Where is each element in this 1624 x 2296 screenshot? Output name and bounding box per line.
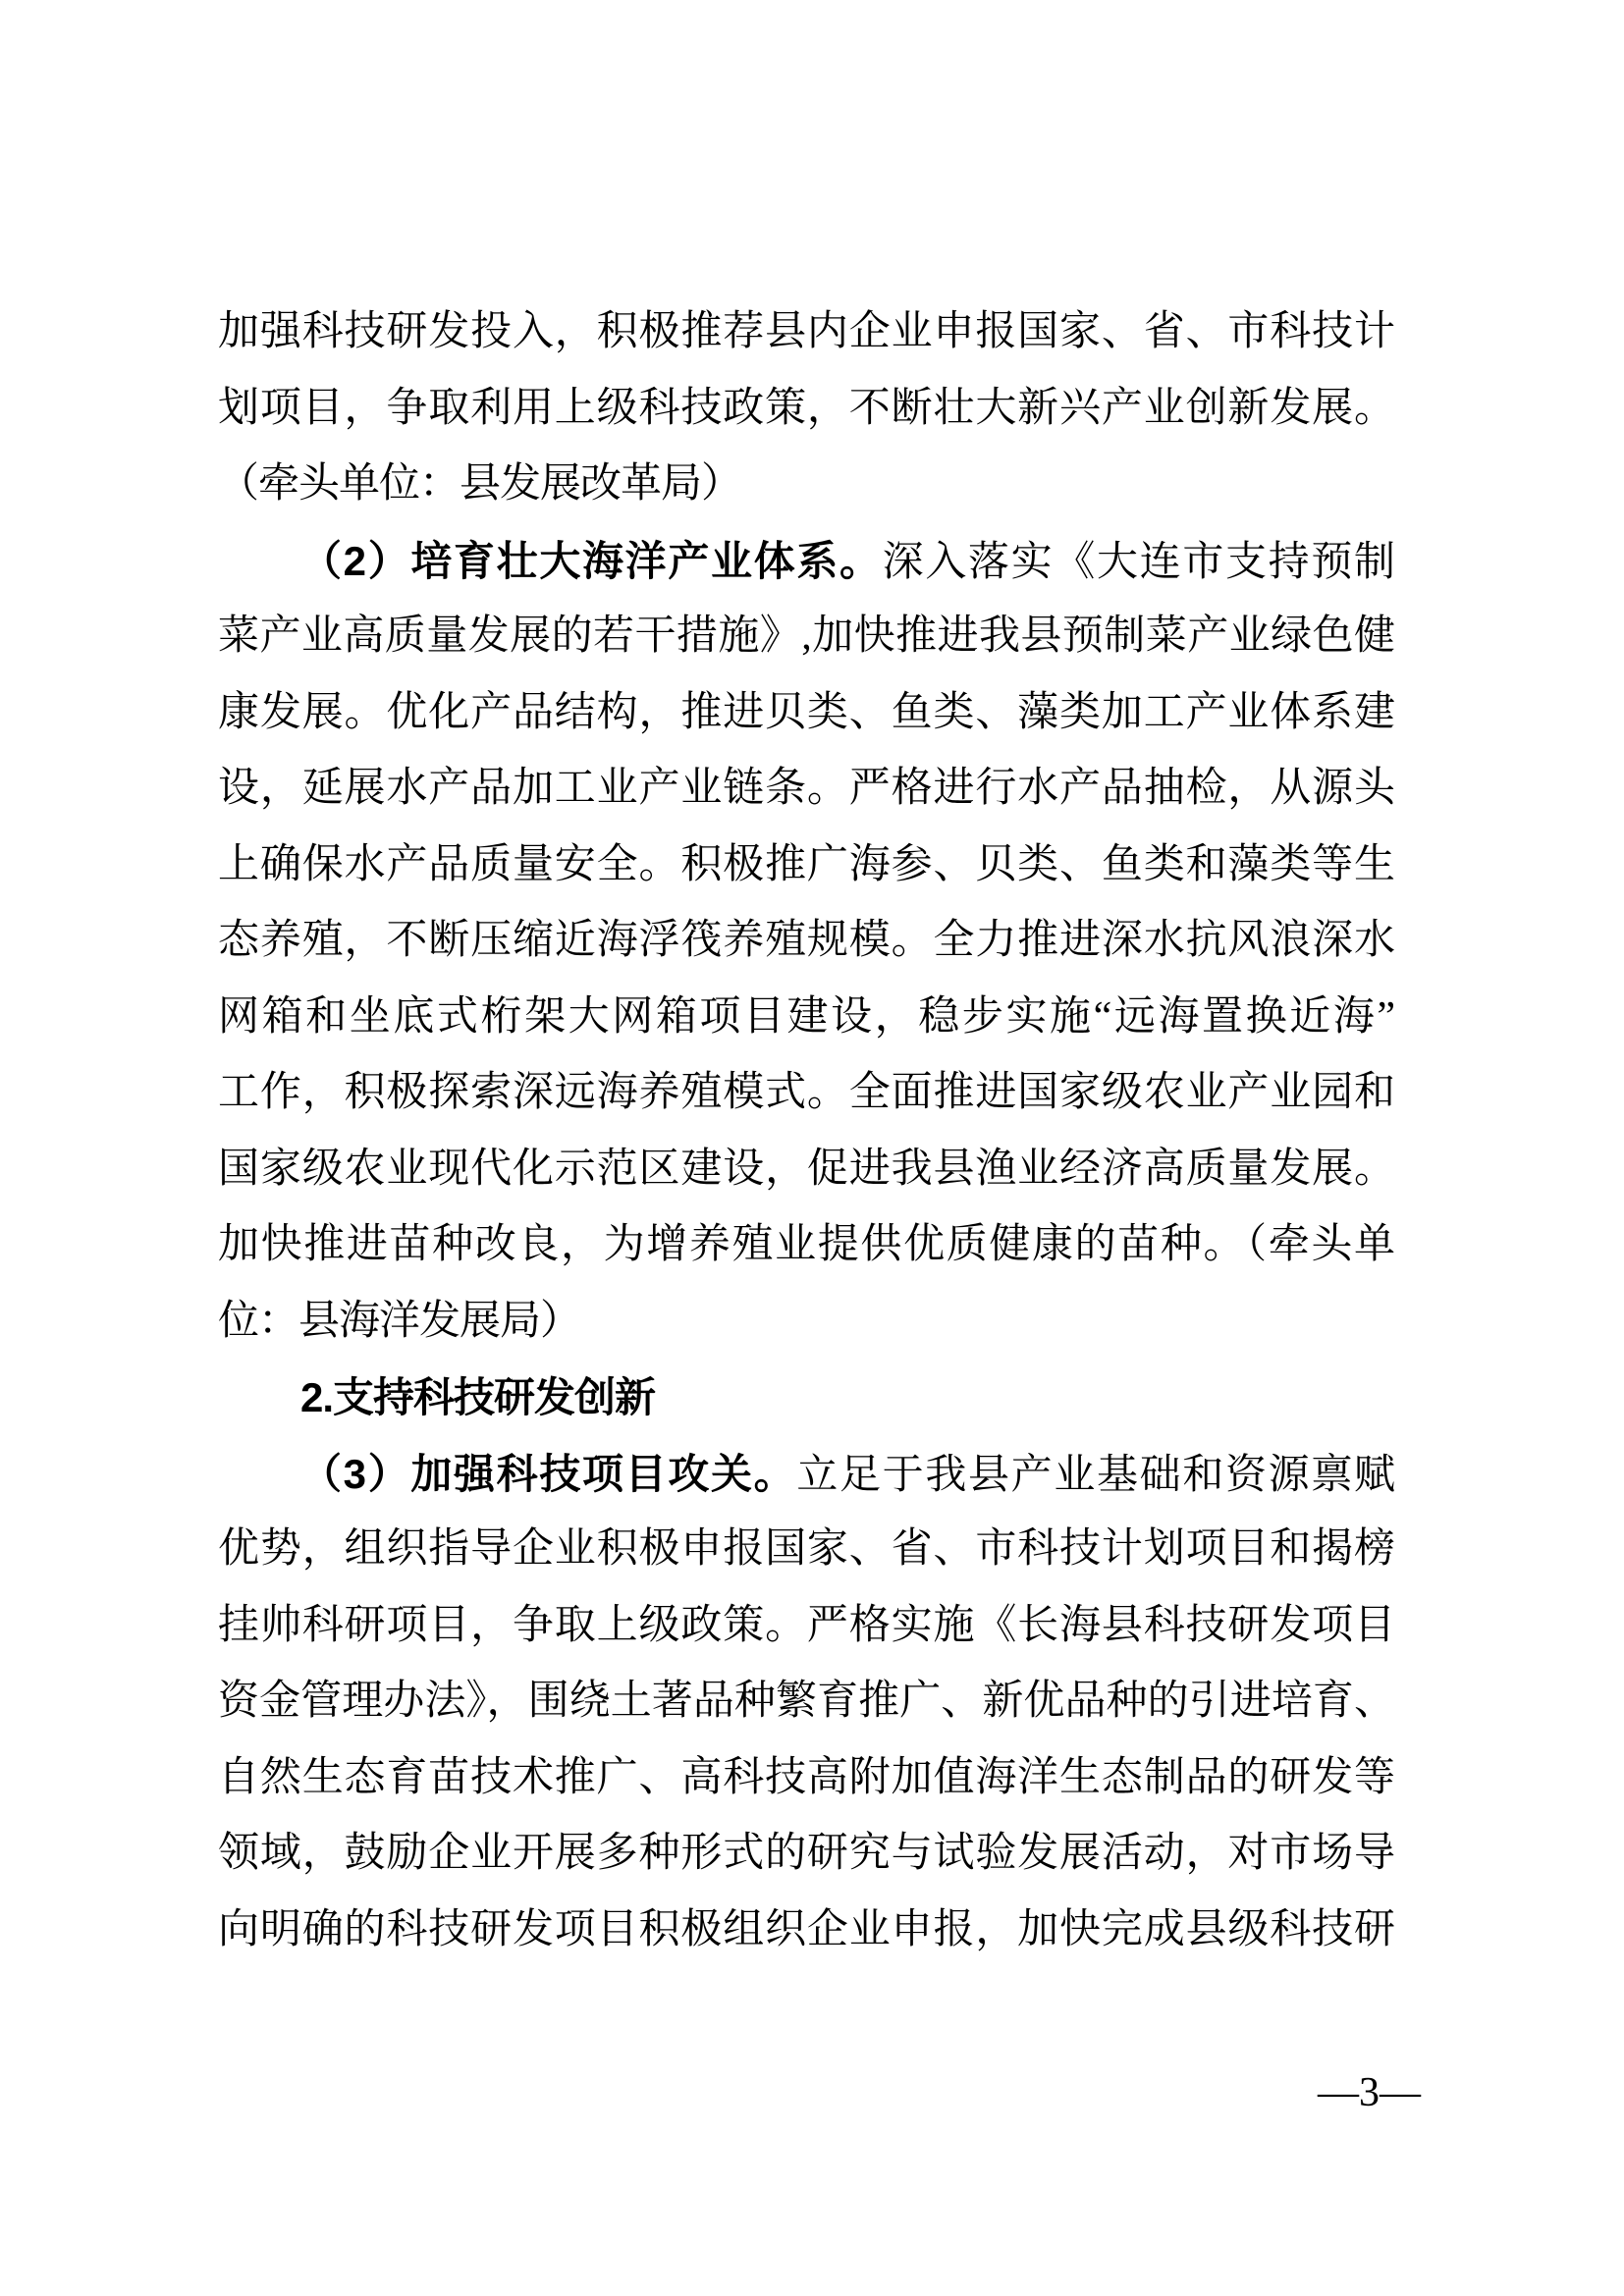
- text-segment: 加快推进苗种改良，为增养殖业提供优质健康的苗种。（牵头单: [218, 1222, 1394, 1267]
- text-segment: 位：县海洋发展局）: [218, 1299, 580, 1344]
- text-line: 加强科技研发投入，积极推荐县内企业申报国家、省、市科技计: [218, 294, 1394, 371]
- text-segment: 网箱和坐底式桁架大网箱项目建设，稳步实施“远海置换近海”: [218, 994, 1394, 1040]
- text-segment: 领域，鼓励企业开展多种形式的研究与试验发展活动，对市场导: [218, 1831, 1394, 1876]
- text-line: 向明确的科技研发项目积极组织企业申报，加快完成县级科技研: [218, 1893, 1394, 1969]
- text-segment: 态养殖，不断压缩近海浮筏养殖规模。全力推进深水抗风浪深水: [218, 918, 1394, 963]
- text-segment-bold: （3）加强科技项目攻关。: [300, 1451, 796, 1497]
- text-segment: 设，延展水产品加工业产业链条。严格进行水产品抽检，从源头: [218, 766, 1394, 811]
- paragraph-continuation-tech-investment: 加强科技研发投入，积极推荐县内企业申报国家、省、市科技计划项目，争取利用上级科技…: [218, 294, 1394, 523]
- heading-2-support-rd-innovation: 2.支持科技研发创新: [218, 1360, 1394, 1436]
- text-segment-bold: 2.支持科技研发创新: [300, 1374, 655, 1420]
- text-line: 菜产业高质量发展的若干措施》,加快推进我县预制菜产业绿色健: [218, 599, 1394, 675]
- text-segment: （牵头单位：县发展改革局）: [218, 461, 741, 507]
- text-line: 工作，积极探索深远海养殖模式。全面推进国家级农业产业园和: [218, 1055, 1394, 1132]
- text-line: （3）加强科技项目攻关。立足于我县产业基础和资源禀赋: [218, 1436, 1394, 1513]
- text-segment: 上确保水产品质量安全。积极推广海参、贝类、鱼类和藻类等生: [218, 842, 1394, 887]
- text-segment: 向明确的科技研发项目积极组织企业申报，加快完成县级科技研: [218, 1907, 1394, 1952]
- text-segment: 菜产业高质量发展的若干措施》,加快推进我县预制菜产业绿色健: [218, 614, 1394, 659]
- text-segment: 深入落实《大连市支持预制: [883, 540, 1394, 585]
- text-segment: 自然生态育苗技术推广、高科技高附加值海洋生态制品的研发等: [218, 1755, 1394, 1800]
- text-segment: 划项目，争取利用上级科技政策，不断壮大新兴产业创新发展。: [218, 386, 1394, 431]
- text-line: 领域，鼓励企业开展多种形式的研究与试验发展活动，对市场导: [218, 1816, 1394, 1893]
- text-segment: 康发展。优化产品结构，推进贝类、鱼类、藻类加工产业体系建: [218, 690, 1394, 735]
- text-line: 加快推进苗种改良，为增养殖业提供优质健康的苗种。（牵头单: [218, 1207, 1394, 1284]
- text-segment: 国家级农业现代化示范区建设，促进我县渔业经济高质量发展。: [218, 1147, 1394, 1192]
- text-line: 上确保水产品质量安全。积极推广海参、贝类、鱼类和藻类等生: [218, 828, 1394, 904]
- paragraph-3-tech-project-tackling: （3）加强科技项目攻关。立足于我县产业基础和资源禀赋优势，组织指导企业积极申报国…: [218, 1436, 1394, 1969]
- paragraph-2-marine-industry-system: （2）培育壮大海洋产业体系。深入落实《大连市支持预制菜产业高质量发展的若干措施》…: [218, 523, 1394, 1361]
- document-page: 加强科技研发投入，积极推荐县内企业申报国家、省、市科技计划项目，争取利用上级科技…: [0, 0, 1624, 2296]
- text-segment: 优势，组织指导企业积极申报国家、省、市科技计划项目和揭榜: [218, 1526, 1394, 1572]
- document-body: 加强科技研发投入，积极推荐县内企业申报国家、省、市科技计划项目，争取利用上级科技…: [218, 294, 1394, 1968]
- text-segment: 挂帅科研项目，争取上级政策。严格实施《长海县科技研发项目: [218, 1603, 1394, 1648]
- text-line: 态养殖，不断压缩近海浮筏养殖规模。全力推进深水抗风浪深水: [218, 903, 1394, 980]
- text-line: 优势，组织指导企业积极申报国家、省、市科技计划项目和揭榜: [218, 1512, 1394, 1588]
- text-line: 挂帅科研项目，争取上级政策。严格实施《长海县科技研发项目: [218, 1588, 1394, 1665]
- text-line: 设，延展水产品加工业产业链条。严格进行水产品抽检，从源头: [218, 751, 1394, 828]
- text-line: 划项目，争取利用上级科技政策，不断壮大新兴产业创新发展。: [218, 371, 1394, 448]
- text-line: （2）培育壮大海洋产业体系。深入落实《大连市支持预制: [218, 523, 1394, 600]
- text-line: 位：县海洋发展局）: [218, 1284, 1394, 1361]
- text-segment: 工作，积极探索深远海养殖模式。全面推进国家级农业产业园和: [218, 1070, 1394, 1115]
- page-number: —3—: [1318, 2069, 1421, 2116]
- text-line: 网箱和坐底式桁架大网箱项目建设，稳步实施“远海置换近海”: [218, 980, 1394, 1056]
- text-line: （牵头单位：县发展改革局）: [218, 447, 1394, 523]
- text-line: 自然生态育苗技术推广、高科技高附加值海洋生态制品的研发等: [218, 1740, 1394, 1817]
- text-line: 资金管理办法》，围绕土著品种繁育推广、新优品种的引进培育、: [218, 1664, 1394, 1740]
- text-line: 康发展。优化产品结构，推进贝类、鱼类、藻类加工产业体系建: [218, 675, 1394, 752]
- text-line: 国家级农业现代化示范区建设，促进我县渔业经济高质量发展。: [218, 1132, 1394, 1208]
- text-line: 2.支持科技研发创新: [218, 1360, 1394, 1436]
- text-segment: 加强科技研发投入，积极推荐县内企业申报国家、省、市科技计: [218, 309, 1394, 354]
- text-segment: 立足于我县产业基础和资源禀赋: [796, 1453, 1394, 1498]
- text-segment-bold: （2）培育壮大海洋产业体系。: [300, 538, 883, 584]
- text-segment: 资金管理办法》，围绕土著品种繁育推广、新优品种的引进培育、: [218, 1679, 1394, 1724]
